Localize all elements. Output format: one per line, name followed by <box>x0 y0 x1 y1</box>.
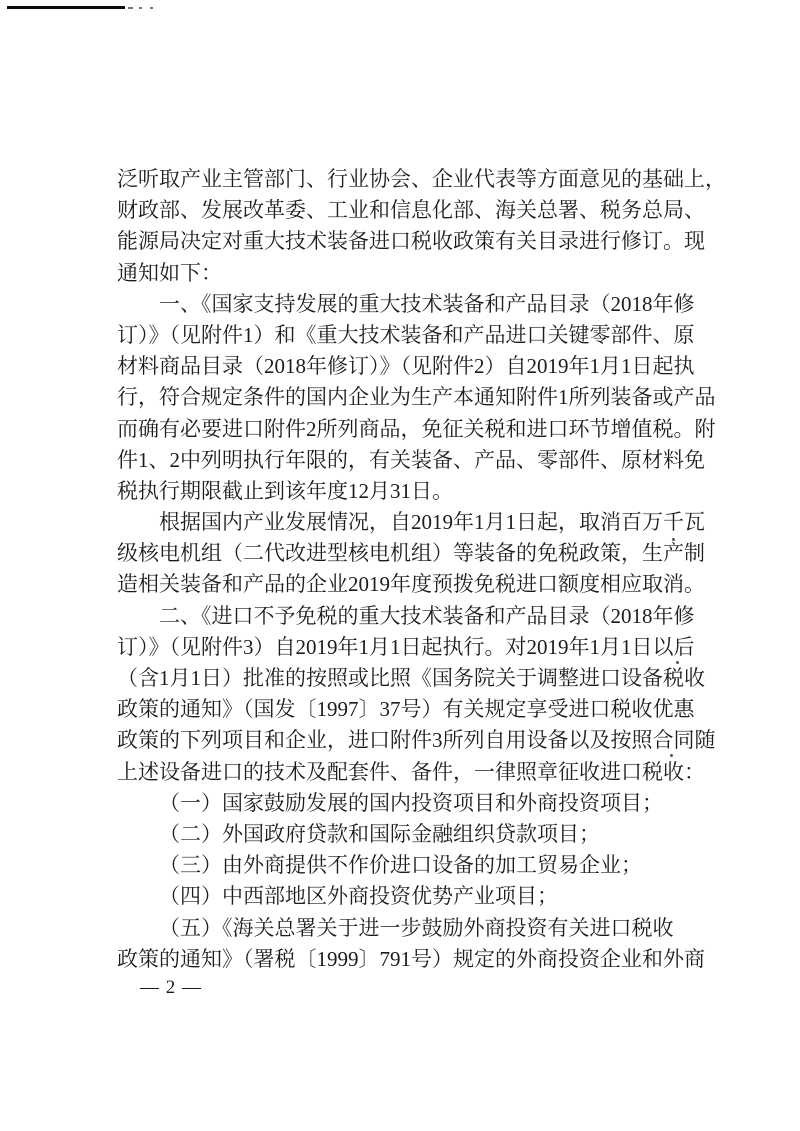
text-line: 订）》（见附件1）和《重大技术装备和产品进口关键零部件、原 <box>117 320 683 351</box>
text-line: 政策的通知》（署税〔1999〕791号）规定的外商投资企业和外商 <box>117 944 683 975</box>
text-line: 政策的通知》（国发〔1997〕37号）有关规定享受进口税收优惠 <box>117 694 683 725</box>
text-line: 而确有必要进口附件2所列商品，免征关税和进口环节增值税。附 <box>117 414 683 445</box>
text-line: 财政部、发展改革委、工业和信息化部、海关总署、税务总局、 <box>117 195 683 226</box>
text-line: 根据国内产业发展情况，自2019年1月1日起，取消百万千瓦 <box>117 507 683 538</box>
paragraph-subitem-1: （一）国家鼓励发展的国内投资项目和外商投资项目； <box>117 788 683 819</box>
text-line: 税执行期限截止到该年度12月31日。 <box>117 476 683 507</box>
text-line: 订）》（见附件3）自2019年1月1日起执行。对2019年1月1日以后 <box>117 632 683 663</box>
text-line: 材料商品目录（2018年修订）》（见附件2）自2019年1月1日起执 <box>117 351 683 382</box>
text-line: （五）《海关总署关于进一步鼓励外商投资有关进口税收 <box>117 913 683 944</box>
paragraph-subitem-3: （三）由外商提供不作价进口设备的加工贸易企业； <box>117 850 683 881</box>
text-line: 泛听取产业主管部门、行业协会、企业代表等方面意见的基础上， <box>117 164 683 195</box>
scan-noise-dot <box>139 7 142 9</box>
paragraph-subitem-4: （四）中西部地区外商投资优势产业项目； <box>117 881 683 912</box>
paragraph-subitem-2: （二）外国政府贷款和国际金融组织贷款项目； <box>117 819 683 850</box>
text-line: 能源局决定对重大技术装备进口税收政策有关目录进行修订。现 <box>117 226 683 257</box>
text-line: 行，符合规定条件的国内企业为生产本通知附件1所列装备或产品 <box>117 382 683 413</box>
text-line: （含1月1日）批准的按照或比照《国务院关于调整进口设备税收 <box>117 663 683 694</box>
document-body: 泛听取产业主管部门、行业协会、企业代表等方面意见的基础上， 财政部、发展改革委、… <box>117 164 683 975</box>
text-line: 通知如下： <box>117 258 683 289</box>
text-line: （四）中西部地区外商投资优势产业项目； <box>117 881 683 912</box>
scanned-document-page: 泛听取产业主管部门、行业协会、企业代表等方面意见的基础上， 财政部、发展改革委、… <box>0 0 800 1131</box>
page-number: — 2 — <box>140 977 202 999</box>
paragraph-item-1: 一、《国家支持发展的重大技术装备和产品目录（2018年修 订）》（见附件1）和《… <box>117 289 683 507</box>
paragraph-nuclear-policy: 根据国内产业发展情况，自2019年1月1日起，取消百万千瓦 级核电机组（二代改进… <box>117 507 683 601</box>
paragraph-subitem-5: （五）《海关总署关于进一步鼓励外商投资有关进口税收 政策的通知》（署税〔1999… <box>117 913 683 975</box>
text-line: （一）国家鼓励发展的国内投资项目和外商投资项目； <box>117 788 683 819</box>
text-line: 造相关装备和产品的企业2019年度预拨免税进口额度相应取消。 <box>117 569 683 600</box>
text-line: 级核电机组（二代改进型核电机组）等装备的免税政策，生产制 <box>117 538 683 569</box>
scan-noise-dot <box>150 7 153 9</box>
text-line: 件1、2中列明执行年限的，有关装备、产品、零部件、原材料免 <box>117 445 683 476</box>
text-line: 一、《国家支持发展的重大技术装备和产品目录（2018年修 <box>117 289 683 320</box>
text-line: 二、《进口不予免税的重大技术装备和产品目录（2018年修 <box>117 601 683 632</box>
text-line: 上述设备进口的技术及配套件、备件，一律照章征收进口税收： <box>117 757 683 788</box>
paragraph-item-2: 二、《进口不予免税的重大技术装备和产品目录（2018年修 订）》（见附件3）自2… <box>117 601 683 788</box>
paragraph-continuation: 泛听取产业主管部门、行业协会、企业代表等方面意见的基础上， 财政部、发展改革委、… <box>117 164 683 289</box>
text-line: 政策的下列项目和企业，进口附件3所列自用设备以及按照合同随 <box>117 725 683 756</box>
scan-noise-dot <box>128 7 133 9</box>
text-line: （二）外国政府贷款和国际金融组织贷款项目； <box>117 819 683 850</box>
text-line: （三）由外商提供不作价进口设备的加工贸易企业； <box>117 850 683 881</box>
scan-noise-line <box>7 6 125 9</box>
